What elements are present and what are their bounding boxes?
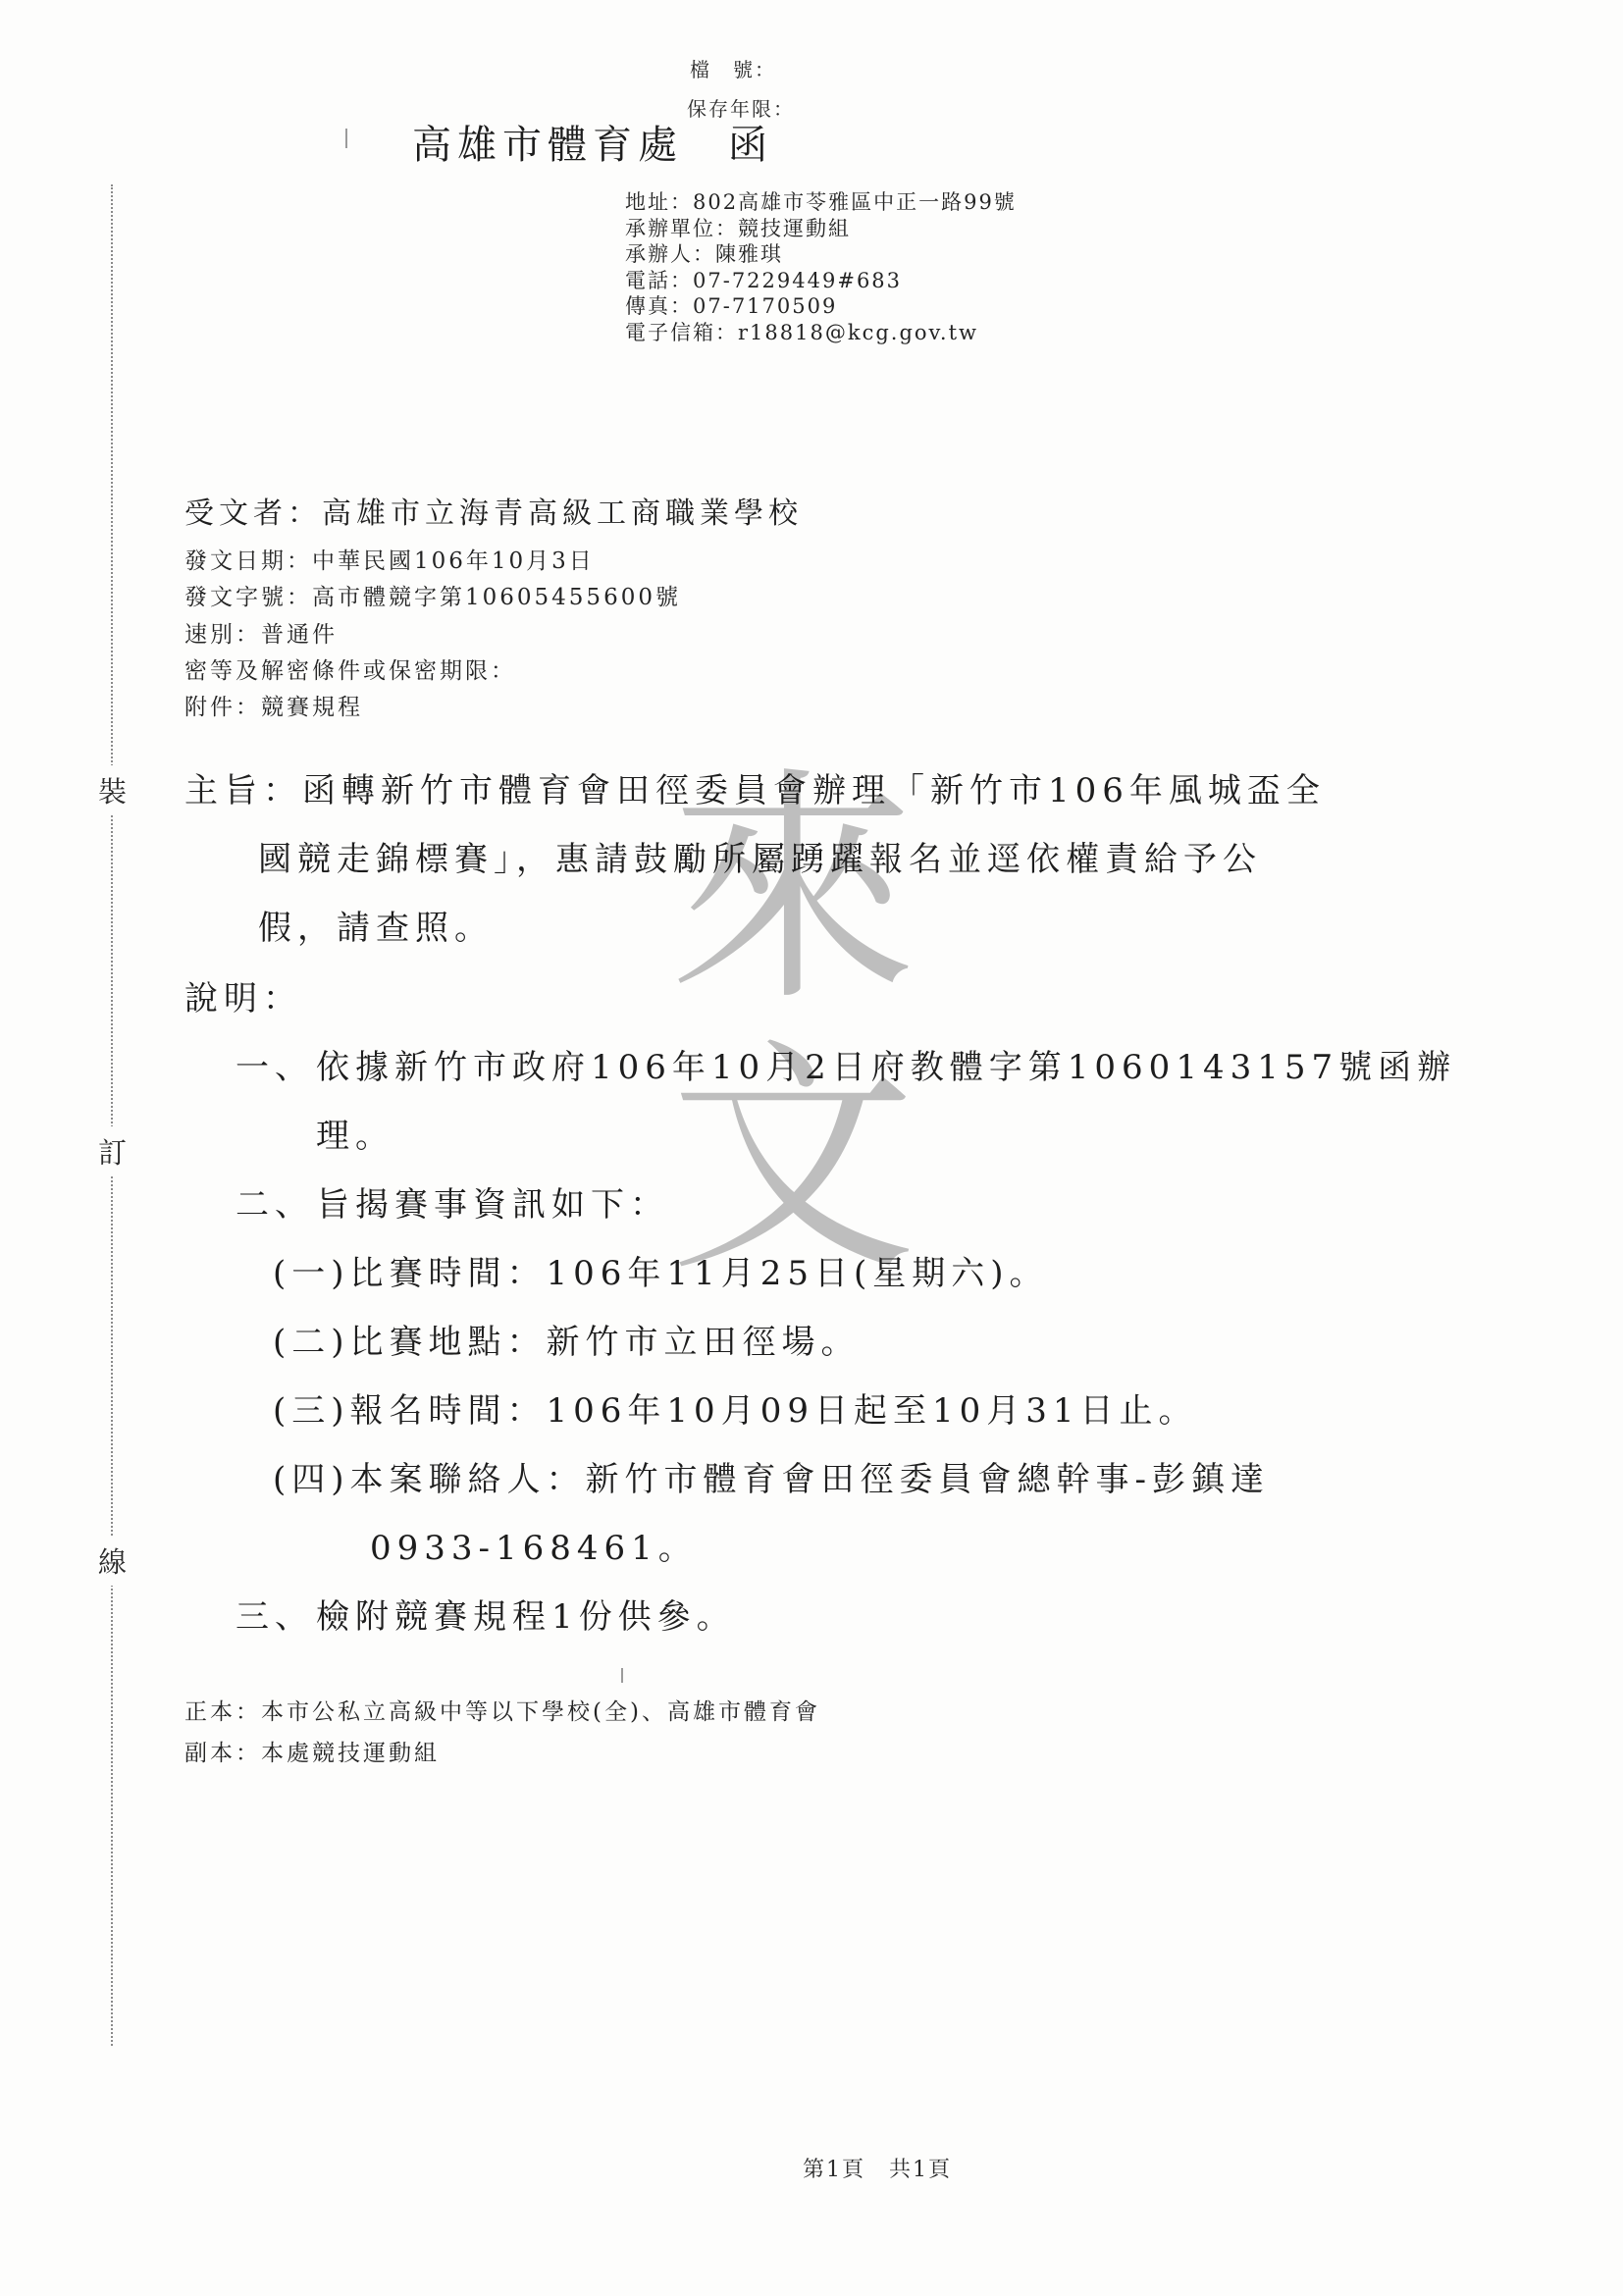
explanation-item-1-number: 一、	[236, 1040, 314, 1088]
document-title: 高雄市體育處 函	[412, 114, 773, 170]
contact-person-line: (四)本案聯絡人：新竹市體育會田徑委員會總幹事-彭鎮達	[273, 1452, 1270, 1500]
sender-contact-block: 地址：802高雄市苓雅區中正一路99號 承辦單位：競技運動組 承辦人：陳雅琪 電…	[625, 189, 1017, 345]
contact-phone-line: 0933-168461。	[370, 1521, 698, 1569]
scan-artifact-tick	[345, 129, 347, 148]
explanation-item-2-number: 二、	[236, 1177, 314, 1226]
binding-dotted-line	[111, 184, 113, 2046]
binding-mark-ding: 訂	[98, 1126, 127, 1176]
recipient-line: 受文者：高雄市立海青高級工商職業學校	[184, 489, 803, 532]
explanation-item-3-text: 檢附競賽規程1份供參。	[316, 1590, 736, 1638]
sender-address: 地址：802高雄市苓雅區中正一路99號	[625, 190, 1017, 214]
event-location-line: (二)比賽地點：新竹市立田徑場。	[273, 1315, 861, 1363]
binding-mark-zhuang: 裝	[98, 765, 127, 815]
explanation-item-3-number: 三、	[236, 1590, 314, 1638]
scan-artifact-tick	[621, 1668, 623, 1683]
document-number-line: 發文字號：高市體競字第10605455600號	[184, 579, 681, 611]
subject-line-3: 假，請查照。	[258, 901, 494, 949]
sender-email: 電子信箱：r18818@kcg.gov.tw	[625, 321, 978, 344]
sender-phone: 電話：07-7229449#683	[625, 269, 902, 292]
carbon-copy-recipients-line: 副本：本處競技運動組	[184, 1735, 440, 1767]
sender-unit: 承辦單位：競技運動組	[625, 217, 851, 240]
subject-line-2: 國競走錦標賽」，惠請鼓勵所屬踴躍報名並逕依權責給予公	[258, 832, 1262, 880]
event-time-line: (一)比賽時間：106年11月25日(星期六)。	[273, 1246, 1048, 1294]
sender-person: 承辦人：陳雅琪	[625, 242, 783, 266]
delivery-speed-line: 速別：普通件	[184, 616, 338, 649]
file-number-label: 檔 號：	[690, 54, 776, 82]
binding-mark-xian: 線	[98, 1536, 127, 1586]
scanned-official-letter: { "colors": { "ink": "#222222", "waterma…	[0, 0, 1623, 2296]
original-copy-recipients-line: 正本：本市公私立高級中等以下學校(全)、高雄市體育會	[184, 1694, 820, 1726]
explanation-item-2-text: 旨揭賽事資訊如下：	[316, 1177, 669, 1226]
issue-date-line: 發文日期：中華民國106年10月3日	[184, 543, 595, 575]
attachment-line: 附件：競賽規程	[184, 689, 363, 721]
security-classification-line: 密等及解密條件或保密期限：	[184, 652, 516, 685]
explanation-item-1-line-1: 依據新竹市政府106年10月2日府教體字第1060143157號函辦	[316, 1040, 1456, 1088]
registration-period-line: (三)報名時間：106年10月09日起至10月31日止。	[273, 1383, 1197, 1432]
sender-fax: 傳真：07-7170509	[625, 294, 837, 318]
subject-label: 主旨：	[184, 763, 302, 811]
subject-line-1: 函轉新竹市體育會田徑委員會辦理「新竹市106年風城盃全	[302, 763, 1326, 811]
explanation-label: 說明：	[184, 971, 302, 1019]
explanation-item-1-line-2: 理。	[316, 1109, 394, 1157]
page-number-footer: 第1頁 共1頁	[803, 2153, 952, 2183]
